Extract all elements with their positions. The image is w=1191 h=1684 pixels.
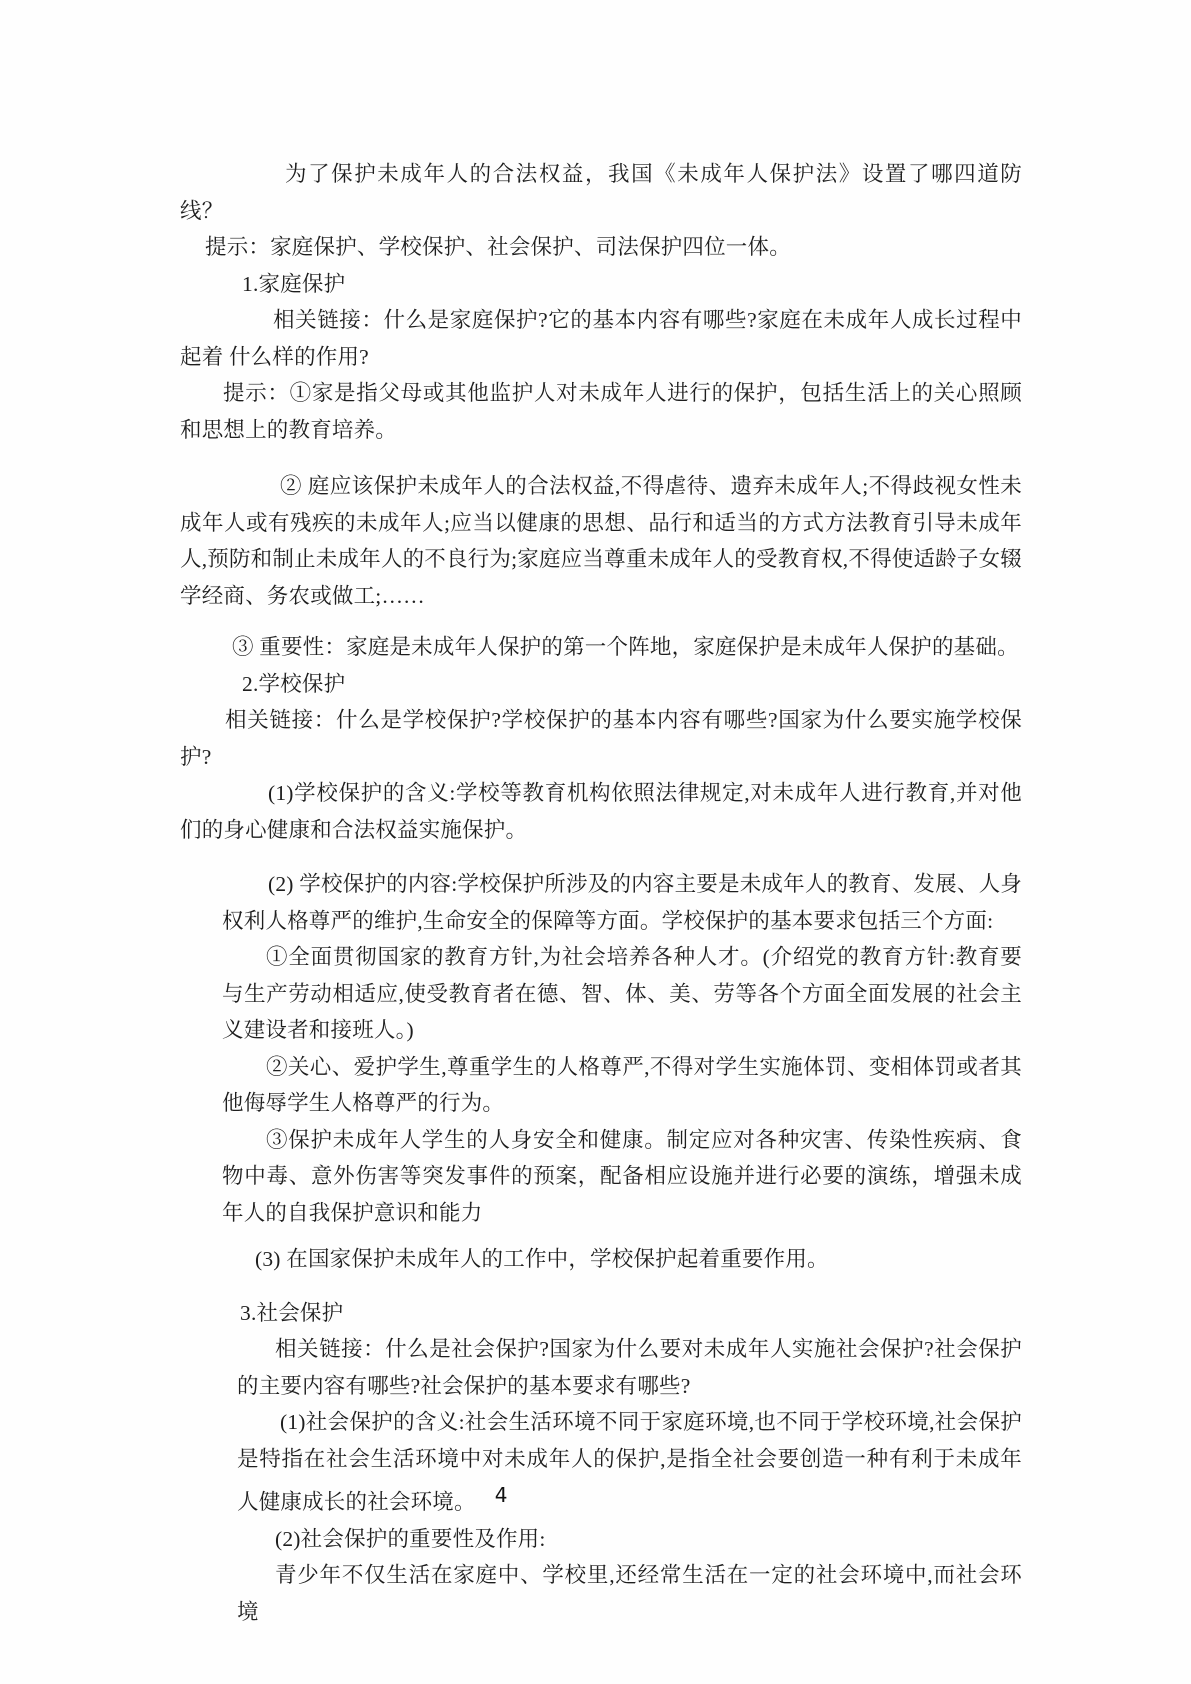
family-point2: ② 庭应该保护未成年人的合法权益,不得虐待、遗弃未成年人;不得歧视女性未成年人或… (180, 468, 1022, 614)
social-importance-body: 青少年不仅生活在家庭中、学校里,还经常生活在一定的社会环境中,而社会环境 (237, 1557, 1022, 1630)
social-importance-heading: (2)社会保护的重要性及作用: (237, 1521, 1022, 1558)
hint-family-point1: 提示：①家是指父母或其他监护人对未成年人进行的保护，包括生活上的关心照顾和思想上… (180, 375, 1022, 448)
related-link-social: 相关链接：什么是社会保护?国家为什么要对未成年人实施社会保护?社会保护的主要内容… (237, 1331, 1022, 1404)
document-page: 为了保护未成年人的合法权益，我国《未成年人保护法》设置了哪四道防线？ 提示：家庭… (0, 0, 1191, 1684)
school-protection-role: (3) 在国家保护未成年人的工作中，学校保护起着重要作用。 (222, 1241, 1022, 1278)
school-protection-meaning: (1)学校保护的含义:学校等教育机构依照法律规定,对未成年人进行教育,并对他们的… (180, 775, 1022, 848)
family-point3-importance: ③ 重要性：家庭是未成年人保护的第一个阵地，家庭保护是未成年人保护的基础。 (180, 629, 1022, 666)
heading-social-protection: 3.社会保护 (240, 1295, 1022, 1332)
page-number-marker: 4 (495, 1483, 508, 1507)
school-requirement-2: ②关心、爱护学生,尊重学生的人格尊严,不得对学生实施体罚、变相体罚或者其他侮辱学… (222, 1049, 1022, 1122)
school-requirement-1: ①全面贯彻国家的教育方针,为社会培养各种人才。(介绍党的教育方针:教育要与生产劳… (222, 939, 1022, 1049)
school-protection-content: (2) 学校保护的内容:学校保护所涉及的内容主要是未成年人的教育、发展、人身权利… (222, 866, 1022, 939)
related-link-family: 相关链接：什么是家庭保护?它的基本内容有哪些?家庭在未成年人成长过程中起着 什么… (180, 302, 1022, 375)
social-protection-meaning: (1)社会保护的含义:社会生活环境不同于家庭环境,也不同于学校环境,社会保护是特… (237, 1404, 1022, 1521)
heading-family-protection: 1.家庭保护 (180, 266, 1022, 303)
school-requirement-3: ③保护未成年人学生的人身安全和健康。制定应对各种灾害、传染性疾病、食物中毒、意外… (222, 1122, 1022, 1232)
related-link-school: 相关链接：什么是学校保护?学校保护的基本内容有哪些?国家为什么要实施学校保护? (180, 702, 1022, 775)
hint-four-protections: 提示：家庭保护、学校保护、社会保护、司法保护四位一体。 (180, 229, 1022, 266)
heading-school-protection: 2.学校保护 (180, 666, 1022, 703)
intro-question: 为了保护未成年人的合法权益，我国《未成年人保护法》设置了哪四道防线？ (180, 156, 1022, 229)
social-protection-meaning-text: (1)社会保护的含义:社会生活环境不同于家庭环境,也不同于学校环境,社会保护是特… (237, 1410, 1022, 1514)
